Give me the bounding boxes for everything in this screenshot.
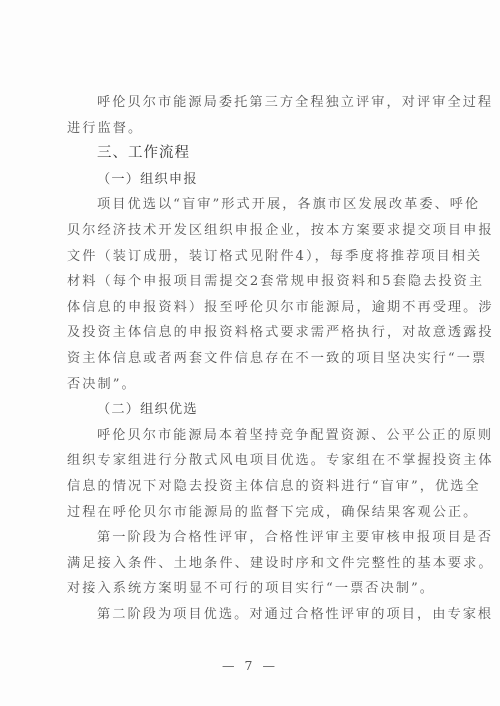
subsection-heading: （一）组织申报	[67, 167, 439, 193]
body-text: 呼伦贝尔市能源局委托第三方全程独立评审，对评审全过程 进行监督。 三、工作流程 …	[67, 90, 439, 627]
paragraph-line: 体信息的申报资料）报至呼伦贝尔市能源局，逾期不再受理。涉	[67, 295, 439, 321]
paragraph-line: 否决制”。	[67, 372, 439, 398]
paragraph-line: 贝尔经济技术开发区组织申报企业，按本方案要求提交项目申报	[67, 218, 439, 244]
paragraph-line: 第二阶段为项目优选。对通过合格性评审的项目，由专家根	[67, 602, 439, 628]
paragraph-line: 文件（装订成册，装订格式见附件4），每季度将推荐项目相关	[67, 244, 439, 270]
page-number: — 7 —	[0, 658, 500, 673]
paragraph-line: 第一阶段为合格性评审，合格性评审主要审核申报项目是否	[67, 525, 439, 551]
paragraph-line: 呼伦贝尔市能源局委托第三方全程独立评审，对评审全过程	[67, 90, 439, 116]
section-heading: 三、工作流程	[67, 141, 439, 167]
subsection-heading: （二）组织优选	[67, 397, 439, 423]
document-page: 呼伦贝尔市能源局委托第三方全程独立评审，对评审全过程 进行监督。 三、工作流程 …	[0, 0, 500, 706]
paragraph-line: 资主体信息或者两套文件信息存在不一致的项目坚决实行“一票	[67, 346, 439, 372]
paragraph-line: 进行监督。	[67, 116, 439, 142]
paragraph-line: 呼伦贝尔市能源局本着坚持竞争配置资源、公平公正的原则	[67, 423, 439, 449]
paragraph-line: 材料（每个申报项目需提交2套常规申报资料和5套隐去投资主	[67, 269, 439, 295]
paragraph-line: 过程在呼伦贝尔市能源局的监督下完成，确保结果客观公正。	[67, 500, 439, 526]
paragraph-line: 满足接入条件、土地条件、建设时序和文件完整性的基本要求。	[67, 551, 439, 577]
paragraph-line: 信息的情况下对隐去投资主体信息的资料进行“盲审”，优选全	[67, 474, 439, 500]
paragraph-line: 组织专家组进行分散式风电项目优选。专家组在不掌握投资主体	[67, 448, 439, 474]
paragraph-line: 及投资主体信息的申报资料格式要求需严格执行，对故意透露投	[67, 320, 439, 346]
paragraph-line: 对接入系统方案明显不可行的项目实行“一票否决制”。	[67, 576, 439, 602]
paragraph-line: 项目优选以“盲审”形式开展，各旗市区发展改革委、呼伦	[67, 192, 439, 218]
